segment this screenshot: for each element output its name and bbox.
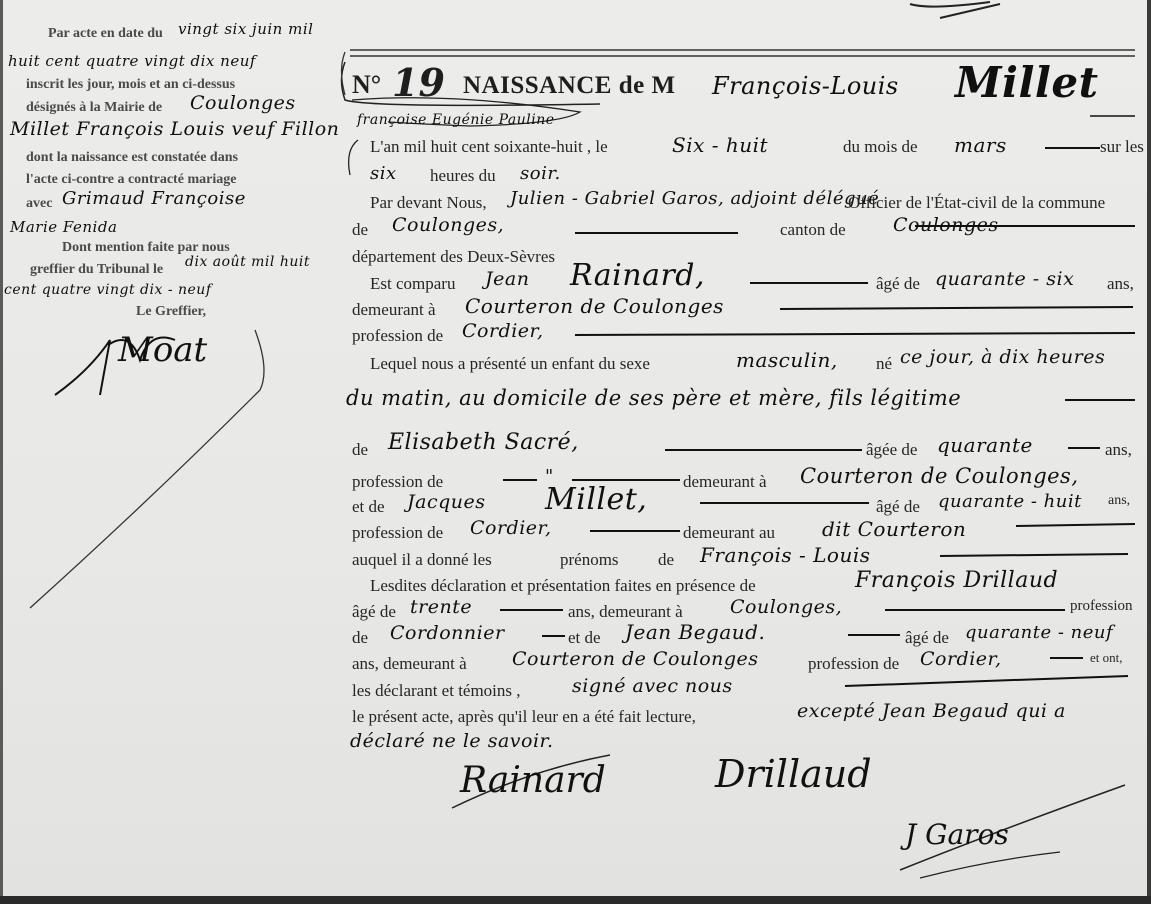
l18-print-2: et de bbox=[568, 628, 601, 648]
l14-print-2: demeurant au bbox=[683, 523, 775, 543]
l18-print-1: de bbox=[352, 628, 368, 648]
l5-department: département des Deux-Sèvres bbox=[352, 247, 555, 267]
l21-exception: excepté Jean Begaud qui a bbox=[797, 700, 1066, 722]
l13-print-2: âgé de bbox=[876, 497, 920, 517]
l11-mother-name: Elisabeth Sacré, bbox=[388, 430, 579, 455]
margin-line-12-hand: cent quatre vingt dix - neuf bbox=[4, 282, 212, 298]
greffier-signature: Moat bbox=[118, 330, 207, 370]
l8-print-1: profession de bbox=[352, 326, 443, 346]
l19-print-3: et ont, bbox=[1090, 650, 1123, 666]
l3-print-2: Officier de l'État-civil de la commune bbox=[848, 193, 1105, 213]
l1-print-2: du mois de bbox=[843, 137, 918, 157]
l15-print-1: auquel il a donné les bbox=[352, 550, 492, 570]
l4-print-2: canton de bbox=[780, 220, 846, 240]
l13-father-first: Jacques bbox=[407, 491, 485, 513]
margin-line-1-hand: vingt six juin mil bbox=[178, 20, 313, 38]
signature-officer: J Garos bbox=[905, 818, 1009, 851]
l16-witness-1: François Drillaud bbox=[855, 568, 1058, 593]
l12-mother-residence: Courteron de Coulonges, bbox=[800, 464, 1079, 488]
margin-line-3-print: inscrit les jour, mois et an ci-dessus bbox=[26, 77, 235, 93]
l18-print-3: âgé de bbox=[905, 628, 949, 648]
child-given-names: François-Louis bbox=[712, 72, 899, 100]
l7-residence: Courteron de Coulonges bbox=[465, 294, 724, 318]
l2-period: soir. bbox=[520, 163, 561, 184]
margin-line-4-print: désignés à la Mairie de bbox=[26, 100, 162, 116]
l10-birth-detail: du matin, au domicile de ses père et mèr… bbox=[346, 386, 961, 410]
l1-month: mars bbox=[954, 133, 1007, 157]
act-number: 19 bbox=[392, 60, 445, 105]
l17-witness-1-residence: Coulonges, bbox=[730, 596, 842, 618]
margin-line-8-print: avec bbox=[26, 196, 52, 212]
l2-print-1: heures du bbox=[430, 166, 496, 186]
l1-day: Six - huit bbox=[672, 133, 768, 157]
margin-signature-label: Le Greffier, bbox=[136, 304, 206, 320]
act-title: NAISSANCE de M bbox=[463, 72, 676, 100]
margin-line-1-print: Par acte en date du bbox=[48, 26, 163, 42]
l6-declarant-first: Jean bbox=[485, 268, 529, 290]
header-annotation: françoise Eugénie Pauline bbox=[357, 112, 555, 128]
l11-print-1: de bbox=[352, 440, 368, 460]
l20-signed-with: signé avec nous bbox=[572, 675, 733, 697]
l15-given-names: François - Louis bbox=[700, 543, 870, 567]
register-page: Par acte en date du vingt six juin mil h… bbox=[0, 0, 1151, 904]
l11-mother-age: quarante bbox=[937, 433, 1033, 457]
margin-line-4-hand: Coulonges bbox=[190, 92, 296, 114]
child-surname: Millet bbox=[955, 58, 1098, 107]
l4-canton: Coulonges bbox=[893, 214, 999, 236]
l9-print-1: Lequel nous a présenté un enfant du sexe bbox=[370, 354, 650, 374]
l18-witness-1-profession: Cordonnier bbox=[390, 622, 505, 644]
l6-print-1: Est comparu bbox=[370, 274, 455, 294]
l14-father-residence: dit Courteron bbox=[822, 517, 966, 541]
l17-print-2: ans, demeurant à bbox=[568, 602, 683, 622]
l12-print-1: profession de bbox=[352, 472, 443, 492]
l3-officer-name: Julien - Gabriel Garos, adjoint délégué bbox=[510, 188, 879, 209]
l18-witness-2: Jean Begaud. bbox=[625, 620, 765, 644]
l14-father-profession: Cordier, bbox=[470, 517, 552, 539]
l4-commune: Coulonges, bbox=[392, 214, 504, 236]
margin-line-9-hand: Marie Fenida bbox=[10, 218, 117, 236]
l9-sex: masculin, bbox=[736, 348, 838, 372]
margin-line-7-print: l'acte ci-contre a contracté mariage bbox=[26, 172, 236, 188]
margin-line-11-hand: dix août mil huit bbox=[185, 254, 310, 270]
l22-declaration: déclaré ne le savoir. bbox=[350, 730, 554, 752]
l15-print-2: prénoms bbox=[560, 550, 619, 570]
l6-declarant-age: quarante - six bbox=[935, 268, 1074, 290]
l6-print-3: ans, bbox=[1107, 274, 1134, 294]
margin-line-8-hand: Grimaud Françoise bbox=[62, 188, 246, 209]
l13-print-3: ans, bbox=[1108, 493, 1130, 509]
l4-print-1: de bbox=[352, 220, 368, 240]
l6-declarant-surname: Rainard, bbox=[570, 258, 705, 293]
l13-print-1: et de bbox=[352, 497, 385, 517]
signature-witness: Drillaud bbox=[715, 752, 872, 796]
l7-print-1: demeurant à bbox=[352, 300, 436, 320]
l14-print-1: profession de bbox=[352, 523, 443, 543]
l9-birth-time: ce jour, à dix heures bbox=[900, 346, 1105, 368]
l19-witness-2-residence: Courteron de Coulonges bbox=[512, 648, 759, 670]
l11-print-3: ans, bbox=[1105, 440, 1132, 460]
l2-hour: six bbox=[370, 163, 397, 184]
l13-father-age: quarante - huit bbox=[938, 491, 1082, 512]
l15-print-3: de bbox=[658, 550, 674, 570]
l8-profession: Cordier, bbox=[462, 320, 544, 342]
l21-print-1: le présent acte, après qu'il leur en a é… bbox=[352, 707, 696, 727]
margin-line-11-print: greffier du Tribunal le bbox=[30, 262, 163, 278]
signature-declarant: Rainard bbox=[460, 760, 606, 801]
l1-print-1: L'an mil huit cent soixante-huit , le bbox=[370, 137, 608, 157]
l17-print-3: profession bbox=[1070, 598, 1133, 615]
l20-print-1: les déclarant et témoins , bbox=[352, 681, 521, 701]
l16-print-1: Lesdites déclaration et présentation fai… bbox=[370, 576, 756, 596]
l17-print-1: âgé de bbox=[352, 602, 396, 622]
l12-print-2: demeurant à bbox=[683, 472, 767, 492]
l18-witness-2-age: quarante - neuf bbox=[965, 622, 1113, 643]
l9-print-2: né bbox=[876, 354, 892, 374]
l6-print-2: âgé de bbox=[876, 274, 920, 294]
l17-witness-1-age: trente bbox=[410, 596, 472, 618]
margin-line-5-hand: Millet François Louis veuf Fillon bbox=[10, 118, 339, 140]
act-number-label: N° bbox=[352, 70, 381, 100]
l1-print-3: sur les bbox=[1100, 137, 1144, 157]
l3-print-1: Par devant Nous, bbox=[370, 193, 487, 213]
l19-print-1: ans, demeurant à bbox=[352, 654, 467, 674]
margin-line-6-print: dont la naissance est constatée dans bbox=[26, 150, 238, 166]
l19-print-2: profession de bbox=[808, 654, 899, 674]
l13-father-surname: Millet, bbox=[545, 482, 647, 517]
margin-line-2-hand: huit cent quatre vingt dix neuf bbox=[8, 52, 256, 70]
l11-print-2: âgée de bbox=[866, 440, 917, 460]
l19-witness-2-profession: Cordier, bbox=[920, 648, 1002, 670]
